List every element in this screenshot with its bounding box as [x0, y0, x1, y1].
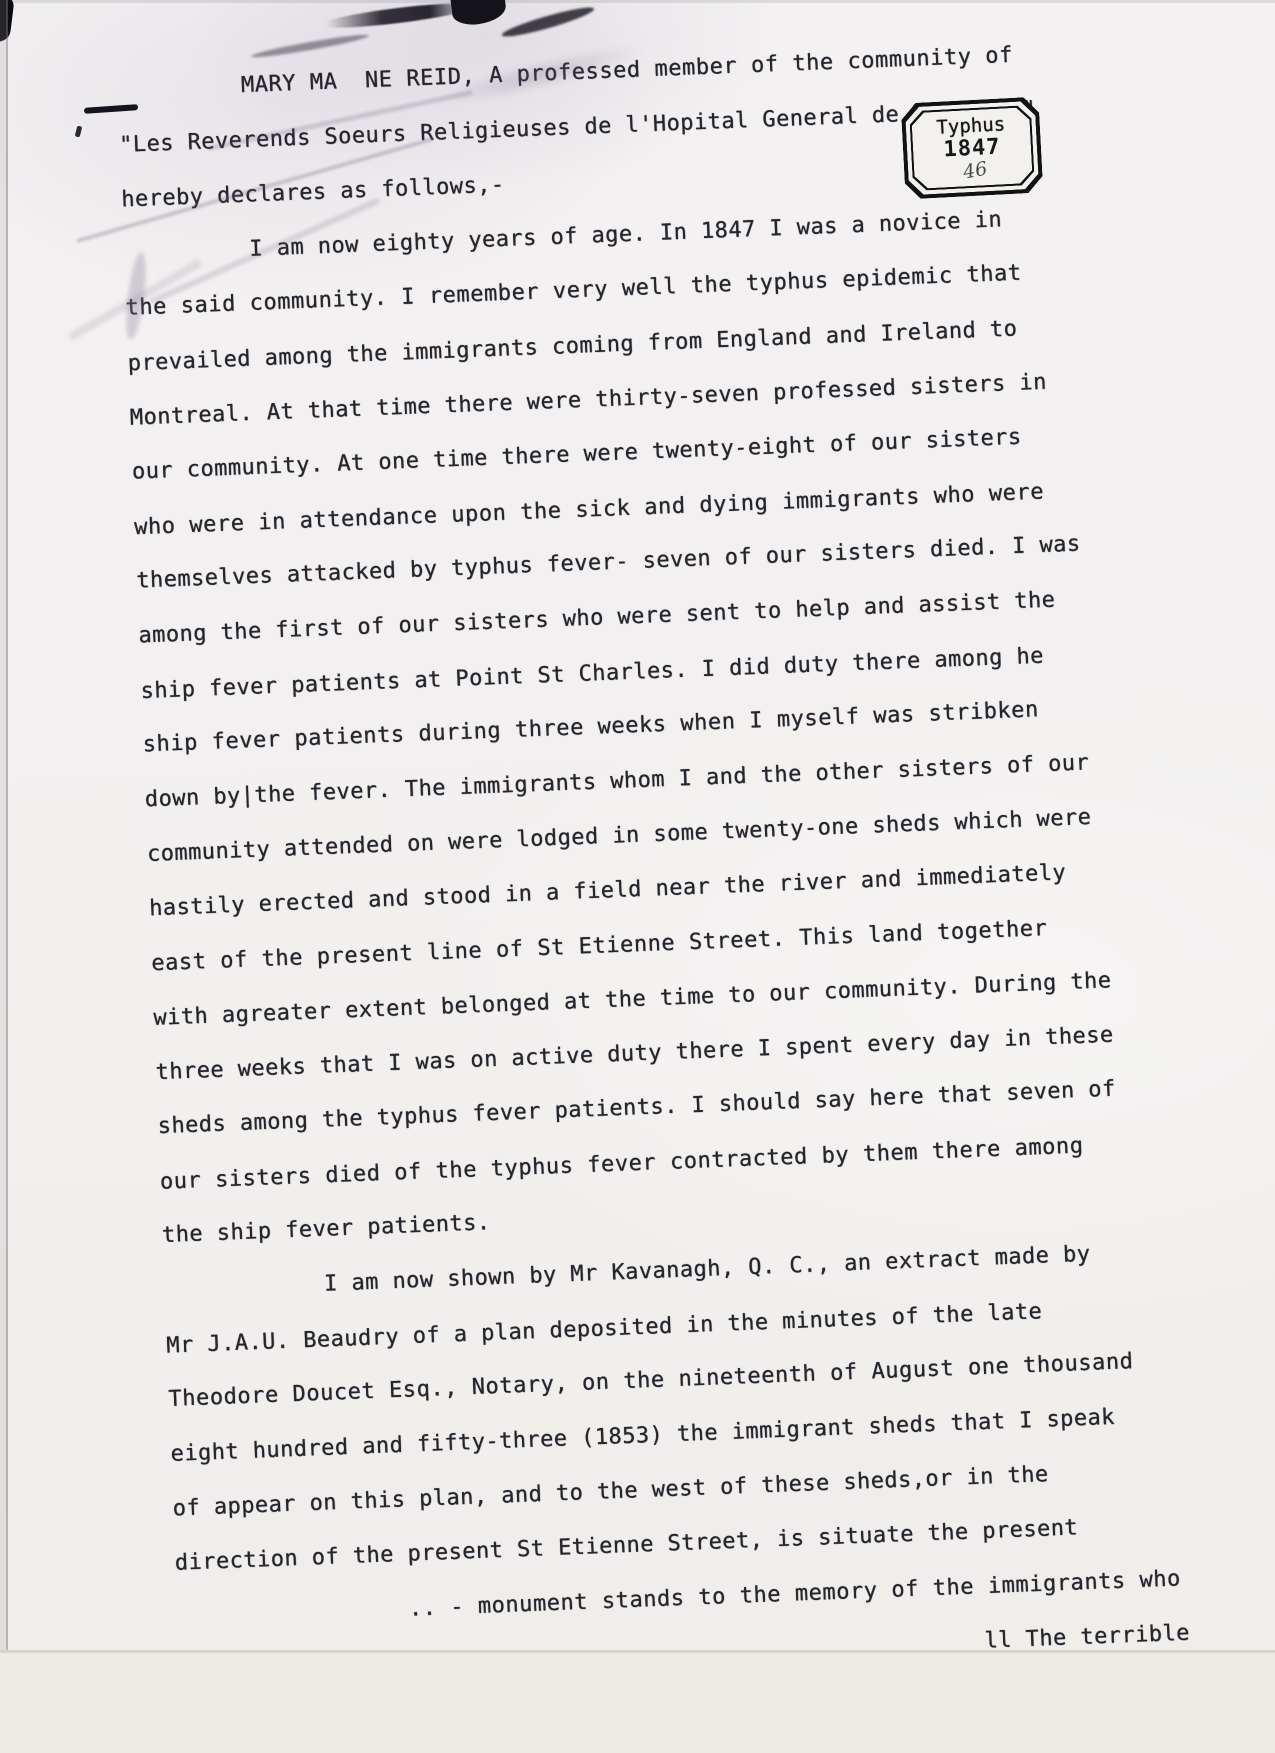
- typed-line: ll The terrible: [984, 1607, 1200, 1650]
- crease-shadow-artifact: [500, 3, 596, 41]
- archive-stamp: Typhus 1847 46: [901, 96, 1044, 199]
- stamp-face: Typhus 1847 46: [911, 107, 1033, 189]
- pen-tick-mark: [75, 126, 83, 138]
- stamp-handwritten-number: 46: [962, 158, 989, 182]
- scan-top-edge-shadow: [0, 0, 1275, 3]
- paper-left-edge: [6, 0, 8, 1650]
- scanner-background: MARY MA NE REID, A professed member of t…: [0, 0, 1275, 1753]
- ink-blot-artifact: [450, 0, 507, 27]
- stamp-year: 1847: [943, 135, 1001, 162]
- typed-lines: MARY MA NE REID, A professed member of t…: [116, 24, 1200, 1650]
- scanned-page: MARY MA NE REID, A professed member of t…: [0, 0, 1275, 1650]
- paper-bottom-edge: [0, 1650, 1275, 1652]
- crease-shadow-artifact: [318, 0, 479, 33]
